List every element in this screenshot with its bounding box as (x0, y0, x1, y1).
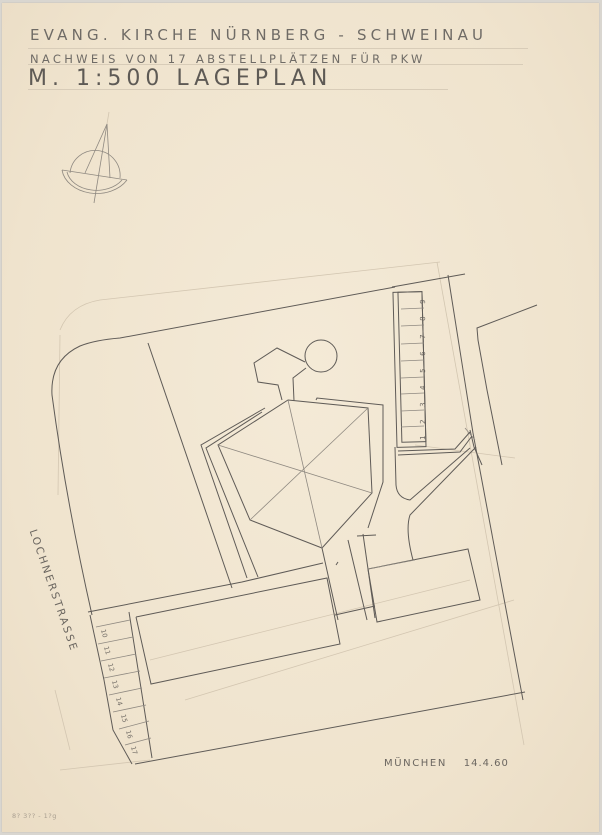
svg-text:16: 16 (124, 729, 134, 739)
construction-lines (55, 262, 524, 770)
parking-numbers-right: 1 2 3 4 5 6 7 8 9 (419, 299, 427, 440)
svg-text:6: 6 (419, 351, 427, 356)
svg-text:9: 9 (419, 299, 427, 304)
signature-block: MÜNCHEN 14.4.60 (384, 758, 509, 769)
svg-text:13: 13 (110, 679, 120, 689)
archive-reference-note: 8? 3?? - 1?g (12, 812, 57, 820)
svg-text:5: 5 (419, 368, 427, 373)
svg-text:15: 15 (119, 713, 129, 723)
svg-text:10: 10 (99, 628, 109, 638)
svg-text:14: 14 (114, 696, 124, 706)
parking-numbers-left: 10 11 12 13 14 15 16 17 (99, 628, 139, 755)
neighbor-parcel (477, 305, 537, 465)
parish-building (88, 549, 480, 684)
site-plan: 1 2 3 4 5 6 7 8 9 10 11 12 13 14 15 16 1… (0, 0, 602, 835)
north-arrow-icon (62, 112, 127, 203)
svg-text:8: 8 (419, 316, 427, 321)
svg-text:11: 11 (102, 645, 112, 655)
svg-text:4: 4 (419, 385, 427, 390)
parking-row-right (393, 292, 472, 455)
svg-text:12: 12 (106, 662, 116, 672)
signature-date: 14.4.60 (464, 758, 509, 769)
svg-text:7: 7 (419, 334, 427, 339)
svg-text:1: 1 (419, 435, 427, 440)
svg-text:3: 3 (419, 402, 427, 407)
signature-place: MÜNCHEN (384, 758, 447, 769)
parking-row-left (90, 612, 152, 764)
svg-text:17: 17 (129, 745, 139, 755)
site-boundary (52, 274, 525, 764)
svg-text:2: 2 (419, 419, 427, 424)
